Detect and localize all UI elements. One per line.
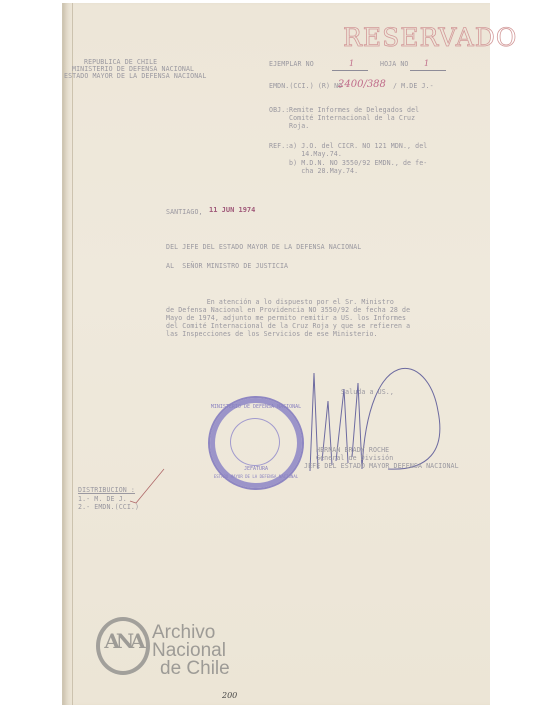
date-stamp: 11 JUN 1974 (209, 206, 255, 214)
seal-emblem (230, 418, 280, 466)
ref-label: REF.: (269, 143, 289, 151)
check-mark-line (128, 465, 168, 505)
signer-title: JEFE DEL ESTADO MAYOR DEFENSA NACIONAL (304, 463, 459, 471)
seal-center-text: JEFATURA (210, 466, 302, 472)
archive-name-3: de Chile (160, 659, 230, 678)
from-line: DEL JEFE DEL ESTADO MAYOR DE LA DEFENSA … (166, 244, 361, 252)
official-seal: MINISTERIO DE DEFENSA NACIONAL JEFATURA … (208, 396, 304, 490)
header-staff: ESTADO MAYOR DE LA DEFENSA NACIONAL (64, 73, 206, 81)
body-line-5: las Inspecciones de los Servicios de ese… (166, 331, 378, 339)
ejemplar-label: EJEMPLAR NO (269, 61, 314, 69)
seal-top-text: MINISTERIO DE DEFENSA NACIONAL (210, 404, 302, 410)
hoja-value: 1 (424, 59, 429, 68)
ref-number-suffix: / M.DE J.- (393, 83, 434, 91)
seal-bottom-text: ESTADO MAYOR DE LA DEFENSA NACIONAL (210, 474, 302, 479)
to-line: AL SEÑOR MINISTRO DE JUSTICIA (166, 263, 288, 271)
page-number: 200 (222, 691, 237, 700)
document-page: RESERVADO REPUBLICA DE CHILE MINISTERIO … (62, 3, 490, 705)
distribution-item-2: 2.- EMDN.(CCI.) (78, 504, 139, 512)
hoja-label: HOJA NO (380, 61, 409, 69)
date-place: SANTIAGO, (166, 209, 203, 217)
ejemplar-value: 1 (349, 59, 354, 68)
reservado-stamp: RESERVADO (343, 23, 517, 52)
obj-label: OBJ.: (269, 107, 289, 115)
ref-number-value: 2400/388 (338, 79, 386, 90)
obj-line-3: Roja. (289, 123, 309, 131)
archive-logo: ANA (96, 617, 150, 675)
archive-monogram: ANA (100, 629, 146, 653)
ref-line-4: cha 28.May.74. (289, 168, 358, 176)
distribution-label: DISTRIBUCION : (78, 487, 135, 495)
ref-number-label: EMDN.(CCI.) (R) NO (269, 83, 342, 91)
ref-line-2: 14.May.74. (289, 151, 342, 159)
